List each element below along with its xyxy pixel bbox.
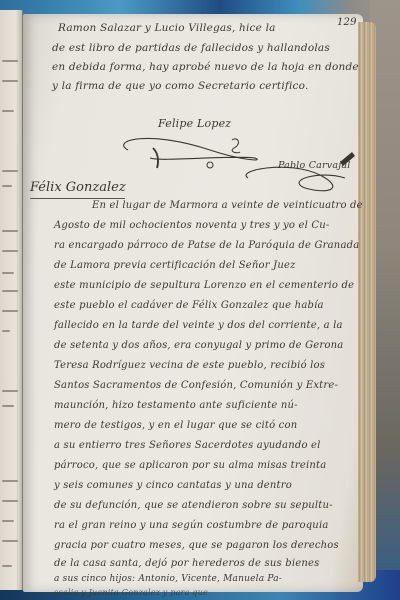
entry-line: este pueblo el cadáver de Félix Gonzalez… [54,300,324,311]
entry-line: maunción, hizo testamento ante suficient… [54,400,298,411]
entry-line: de la casa santa, dejó por herederos de … [54,558,319,569]
entry-line: Teresa Rodríguez vecina de este pueblo, … [54,360,325,371]
entry-line: y seis comunes y cinco cantatas y una de… [54,480,292,491]
entry-line: Agosto de mil ochocientos noventa y tres… [54,220,329,231]
entry-line: scalia y Juanita Gonzalez y para que [54,588,208,597]
margin-underline [30,198,125,199]
entry-line: En el lugar de Marmora a veinte de veint… [92,200,363,211]
entry-line: a sus cinco hijos: Antonio, Vicente, Man… [54,574,282,584]
entry-line: fallecido en la tarde del veinte y dos d… [54,320,343,331]
entry-line: de su defunción, que se atendieron sobre… [54,500,333,511]
entry-line: Santos Sacramentos de Confesión, Comunió… [54,380,338,391]
entry-line: párroco, que se aplicaron por su alma mi… [54,460,326,471]
entry-line: mero de testigos, y en el lugar que se c… [54,420,297,431]
entry-line: ra el gran reino y una según costumbre d… [54,520,329,531]
entry-line: de setenta y dos años, era conyugal y pr… [54,340,343,351]
entry-line: a su entierro tres Señores Sacerdotes ay… [54,440,321,451]
signature-pablo-carvajal: Pablo Carvajal [278,160,350,171]
entry-line: ra encargado párroco de Patse de la Paró… [54,240,359,251]
entry-line: de Lamora previa certificación del Señor… [54,260,296,271]
entry-line: gracia por cuatro meses, que se pagaron … [54,540,339,551]
entry-line: este municipio de sepultura Lorenzo en e… [54,280,354,291]
margin-entry-name: Félix Gonzalez [30,180,126,195]
